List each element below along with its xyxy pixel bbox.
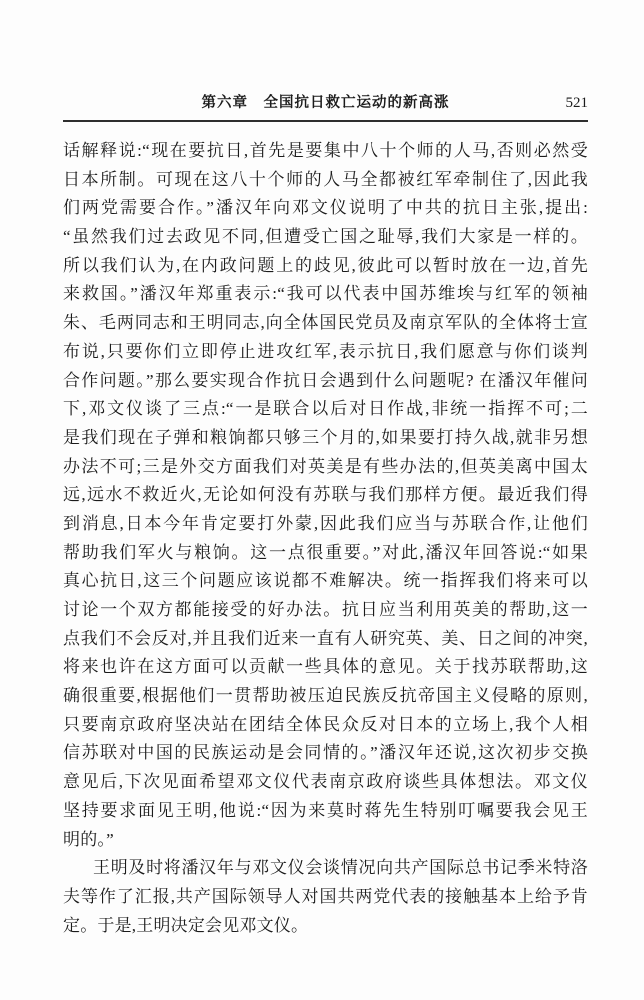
text-line: 是我们现在子弹和粮饷都只够三个月的,如果要打持久战,就非另想 bbox=[63, 424, 588, 453]
text-line: 到消息,日本今年肯定要打外蒙,因此我们应当与苏联合作,让他们 bbox=[63, 510, 588, 539]
text-line: 只要南京政府坚决站在团结全体民众反对日本的立场上,我个人相 bbox=[63, 711, 588, 740]
text-line: 帮助我们军火与粮饷。这一点很重要。”对此,潘汉年回答说:“如果 bbox=[63, 539, 588, 568]
text-line: 夫等作了汇报,共产国际领导人对国共两党代表的接触基本上给予肯 bbox=[63, 883, 588, 912]
text-line: 将来也许在这方面可以贡献一些具体的意见。关于找苏联帮助,这 bbox=[63, 653, 588, 682]
text-line: 所以我们认为,在内政问题上的歧见,彼此可以暂时放在一边,首先 bbox=[63, 252, 588, 281]
text-line: 办法不可;三是外交方面我们对英美是有些办法的,但英美离中国太 bbox=[63, 453, 588, 482]
text-line: 定。于是,王明决定会见邓文仪。 bbox=[63, 912, 588, 941]
text-line: 坚持要求面见王明,他说:“因为来莫时蒋先生特别叮嘱要我会见王 bbox=[63, 797, 588, 826]
text-line: 确很重要,根据他们一贯帮助被压迫民族反抗帝国主义侵略的原则, bbox=[63, 682, 588, 711]
body-text: 话解释说:“现在要抗日,首先是要集中八十个师的人马,否则必然受 日本所制。可现在… bbox=[63, 137, 588, 940]
book-page: 第六章 全国抗日救亡运动的新高涨 521 话解释说:“现在要抗日,首先是要集中八… bbox=[0, 0, 644, 1000]
page-content: 第六章 全国抗日救亡运动的新高涨 521 话解释说:“现在要抗日,首先是要集中八… bbox=[63, 0, 588, 940]
text-line: 明的。” bbox=[63, 826, 588, 855]
text-line: 讨论一个双方都能接受的好办法。抗日应当利用英美的帮助,这一 bbox=[63, 596, 588, 625]
text-line: 远,远水不救近火,无论如何没有苏联与我们那样方便。最近我们得 bbox=[63, 481, 588, 510]
text-line: 合作问题。”那么要实现合作抗日会遇到什么问题呢? 在潘汉年催问 bbox=[63, 367, 588, 396]
text-line: 话解释说:“现在要抗日,首先是要集中八十个师的人马,否则必然受 bbox=[63, 137, 588, 166]
text-line: 朱、毛两同志和王明同志,向全体国民党员及南京军队的全体将士宣 bbox=[63, 309, 588, 338]
chapter-title: 第六章 全国抗日救亡运动的新高涨 bbox=[63, 94, 588, 112]
running-header: 第六章 全国抗日救亡运动的新高涨 521 bbox=[63, 0, 588, 112]
text-line: 点我们不会反对,并且我们近来一直有人研究英、美、日之间的冲突, bbox=[63, 625, 588, 654]
text-line: 们两党需要合作。”潘汉年向邓文仪说明了中共的抗日主张,提出: bbox=[63, 194, 588, 223]
text-line: 意见后,下次见面希望邓文仪代表南京政府谈些具体想法。邓文仪 bbox=[63, 768, 588, 797]
text-line: 布说,只要你们立即停止进攻红军,表示抗日,我们愿意与你们谈判 bbox=[63, 338, 588, 367]
text-line: 信苏联对中国的民族运动是会同情的。”潘汉年还说,这次初步交换 bbox=[63, 739, 588, 768]
text-line: 来救国。”潘汉年郑重表示:“我可以代表中国苏维埃与红军的领袖 bbox=[63, 280, 588, 309]
text-line: 下,邓文仪谈了三点:“一是联合以后对日作战,非统一指挥不可;二 bbox=[63, 395, 588, 424]
text-line: “虽然我们过去政见不同,但遭受亡国之耻辱,我们大家是一样的。 bbox=[63, 223, 588, 252]
header-rule bbox=[63, 120, 588, 122]
text-line: 真心抗日,这三个问题应该说都不难解决。统一指挥我们将来可以 bbox=[63, 567, 588, 596]
page-number: 521 bbox=[566, 94, 589, 112]
text-line: 王明及时将潘汉年与邓文仪会谈情况向共产国际总书记季米特洛 bbox=[63, 854, 588, 883]
text-line: 日本所制。可现在这八十个师的人马全都被红军牵制住了,因此我 bbox=[63, 166, 588, 195]
